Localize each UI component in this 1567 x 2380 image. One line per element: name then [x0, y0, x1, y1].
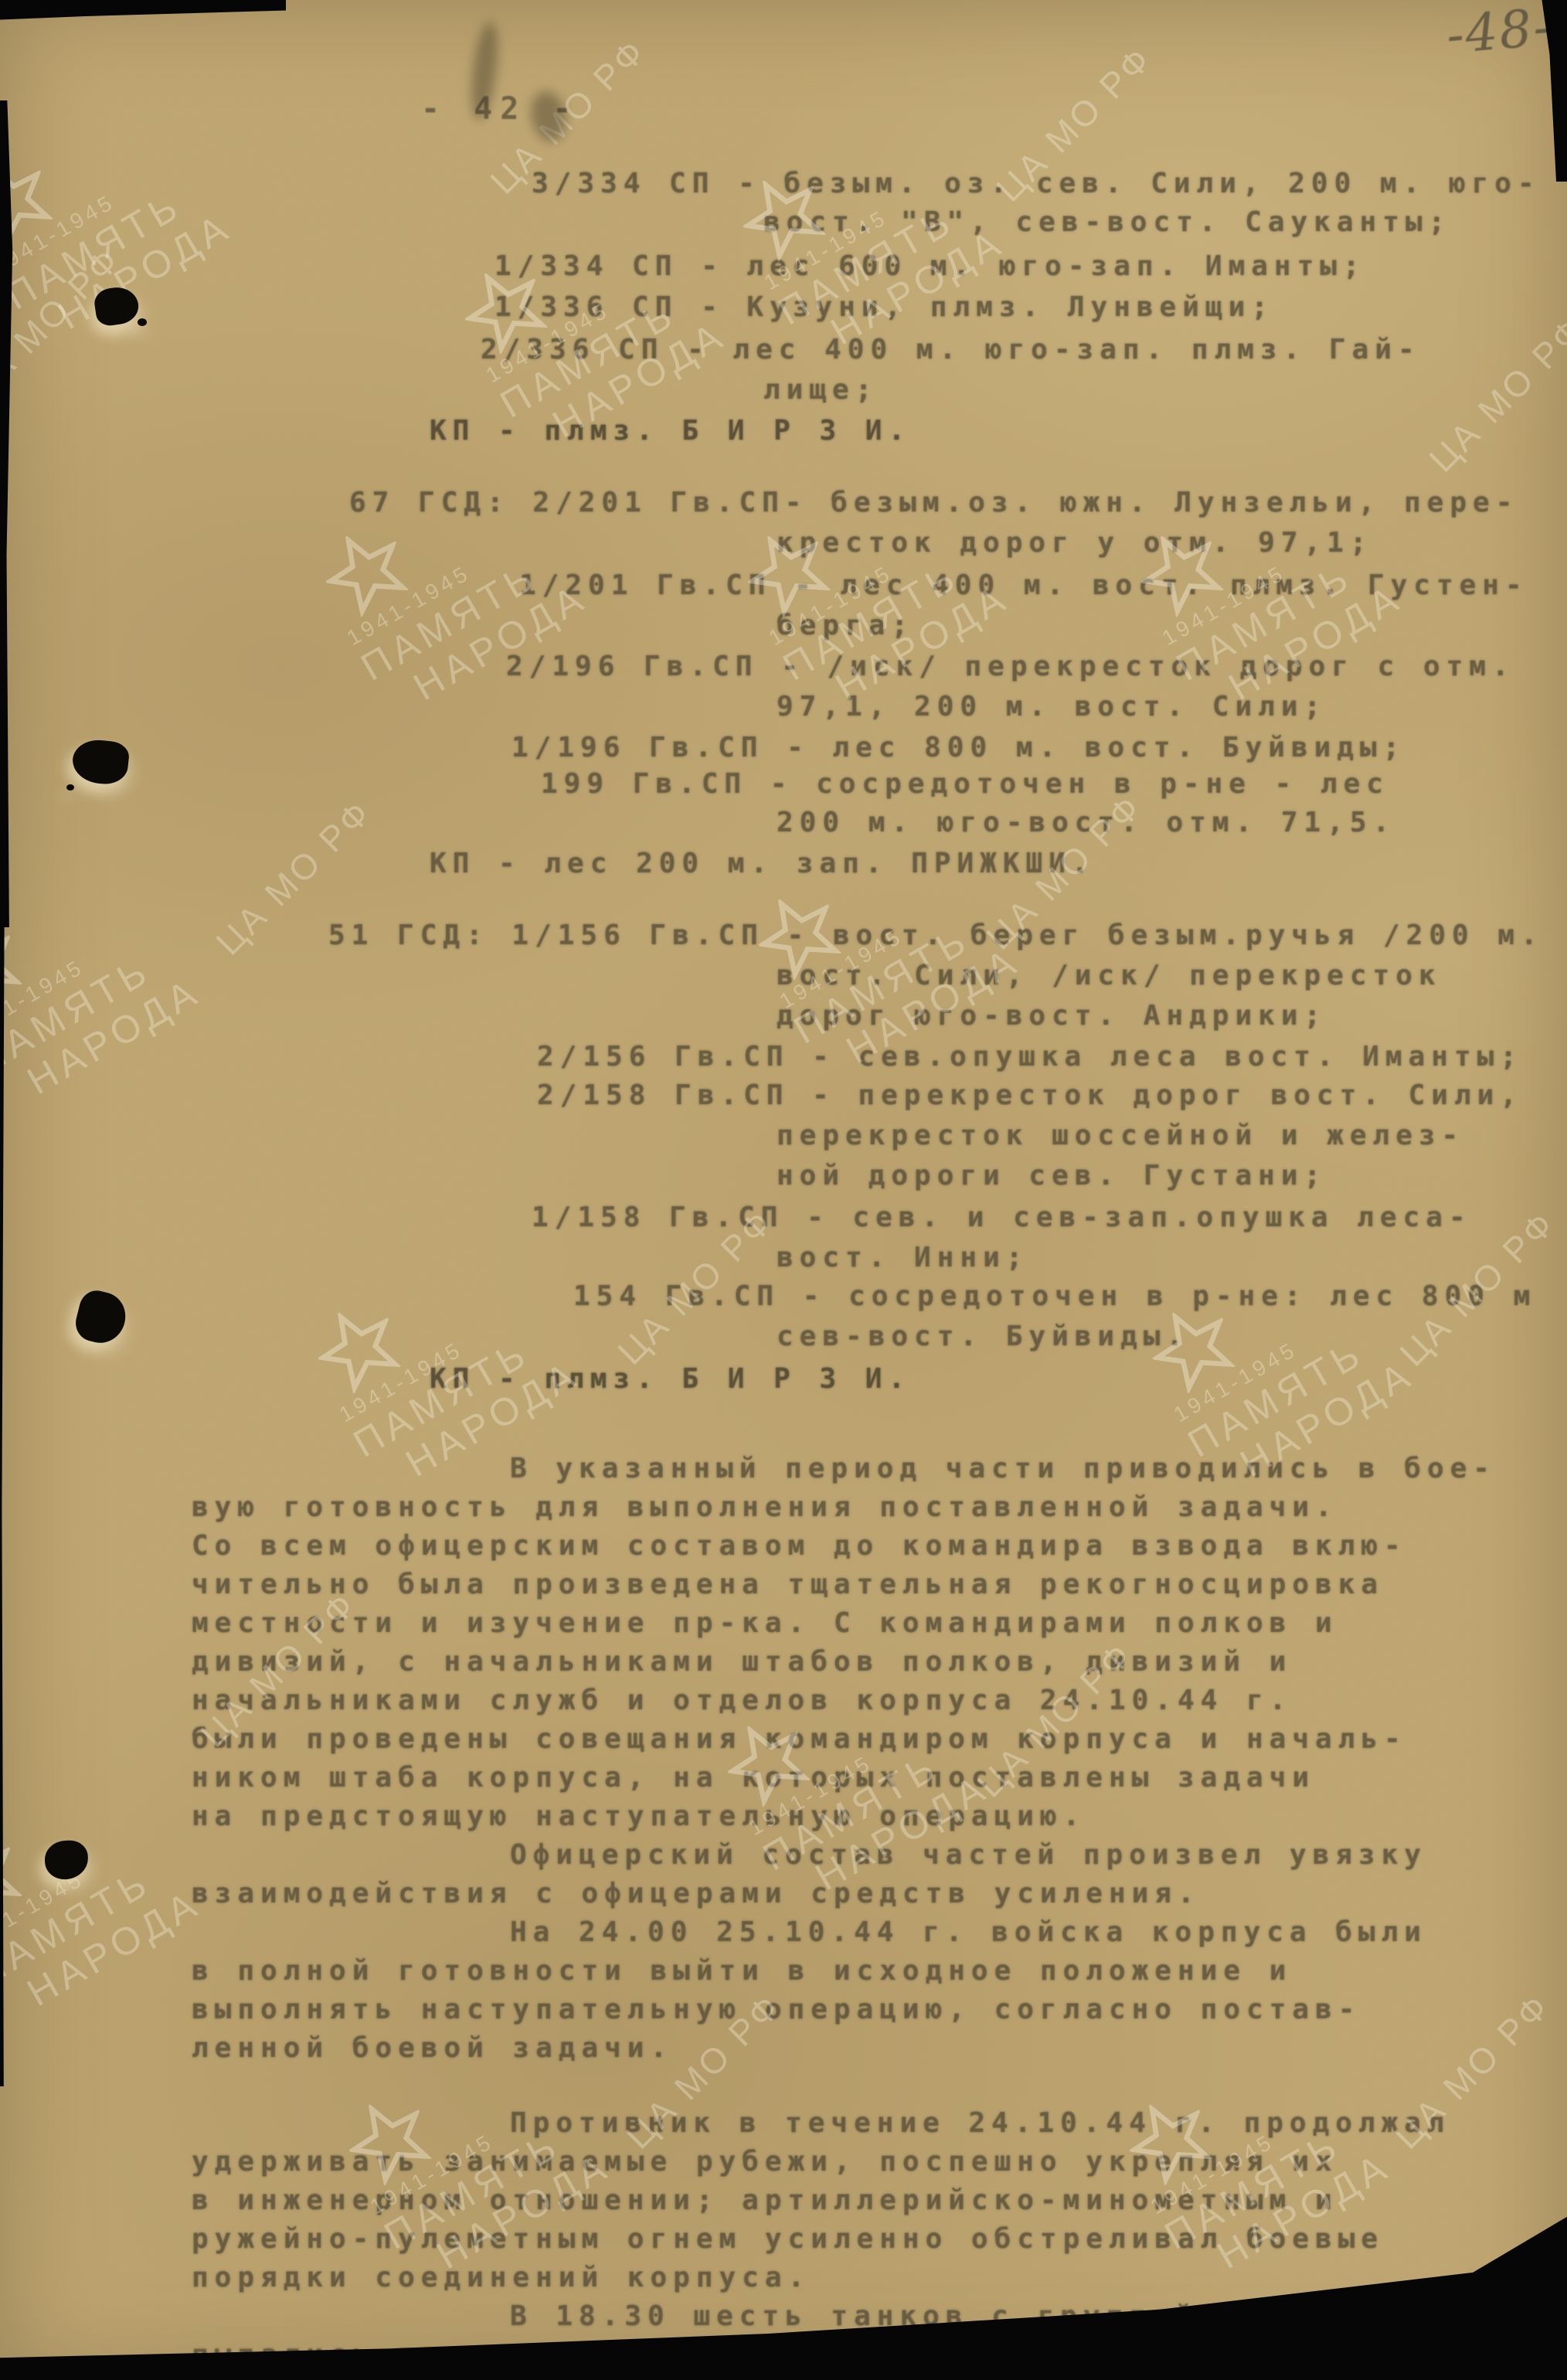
typewritten-line: 1/158 Гв.СП - сев. и сев-зап.опушка леса… [532, 1200, 1472, 1236]
punch-hole [138, 318, 147, 326]
typewritten-line: начальниками служб и отделов корпуса 24.… [192, 1683, 1292, 1719]
typewritten-line: 1/196 Гв.СП - лес 800 м. вост. Буйвиды; [512, 730, 1406, 766]
typewritten-line: ной дороги сев. Густани; [777, 1158, 1327, 1194]
typewritten-line: 2/156 Гв.СП - сев.опушка леса вост. Иман… [537, 1039, 1523, 1075]
typewritten-line: вую готовность для выполнения поставленн… [192, 1490, 1338, 1525]
typewritten-line: чительно была произведена тщательная рек… [192, 1567, 1384, 1603]
typewritten-line: в полной готовности выйти в исходное пол… [192, 1953, 1292, 1989]
typewritten-line: вост. Инни; [777, 1240, 1028, 1276]
scanned-document-screenshot: { "page": { "number_label": "- 42 -", "c… [0, 0, 1567, 2380]
typewritten-line: сев-вост. Буйвиды. [777, 1319, 1189, 1355]
typewritten-line: ленной боевой задачи. [192, 2031, 673, 2066]
typewritten-line: лище; [763, 372, 878, 408]
typewritten-line: перекресток шоссейной и желез- [777, 1118, 1464, 1154]
punch-hole [66, 784, 74, 790]
typewritten-line: Офицерский состав частей произвел увязку [510, 1838, 1427, 1873]
typewritten-line: КП - лес 200 м. зап. ПРИЖКШИ. [430, 846, 1095, 882]
typewritten-line: В указанный период части приводились в б… [510, 1451, 1496, 1487]
typewritten-line: На 24.00 25.10.44 г. войска корпуса были [510, 1915, 1427, 1950]
typewritten-line: КП - плмз. Б И Р З И. [430, 413, 911, 449]
handwritten-page-note: -48- [1444, 0, 1555, 66]
typewritten-line: 199 Гв.СП - сосредоточен в р-не - лес [541, 767, 1389, 802]
typewritten-line: взаимодействия с офицерами средств усиле… [192, 1876, 1201, 1912]
typewritten-line: 2/196 Гв.СП - /иск/ перекресток дорог с … [506, 649, 1515, 685]
typewritten-line: Со всем офицерским составом до командира… [192, 1528, 1407, 1564]
typewritten-line: порядки соединений корпуса. [192, 2260, 811, 2296]
typewritten-line: 2/158 Гв.СП - перекресток дорог вост. Си… [537, 1078, 1523, 1113]
